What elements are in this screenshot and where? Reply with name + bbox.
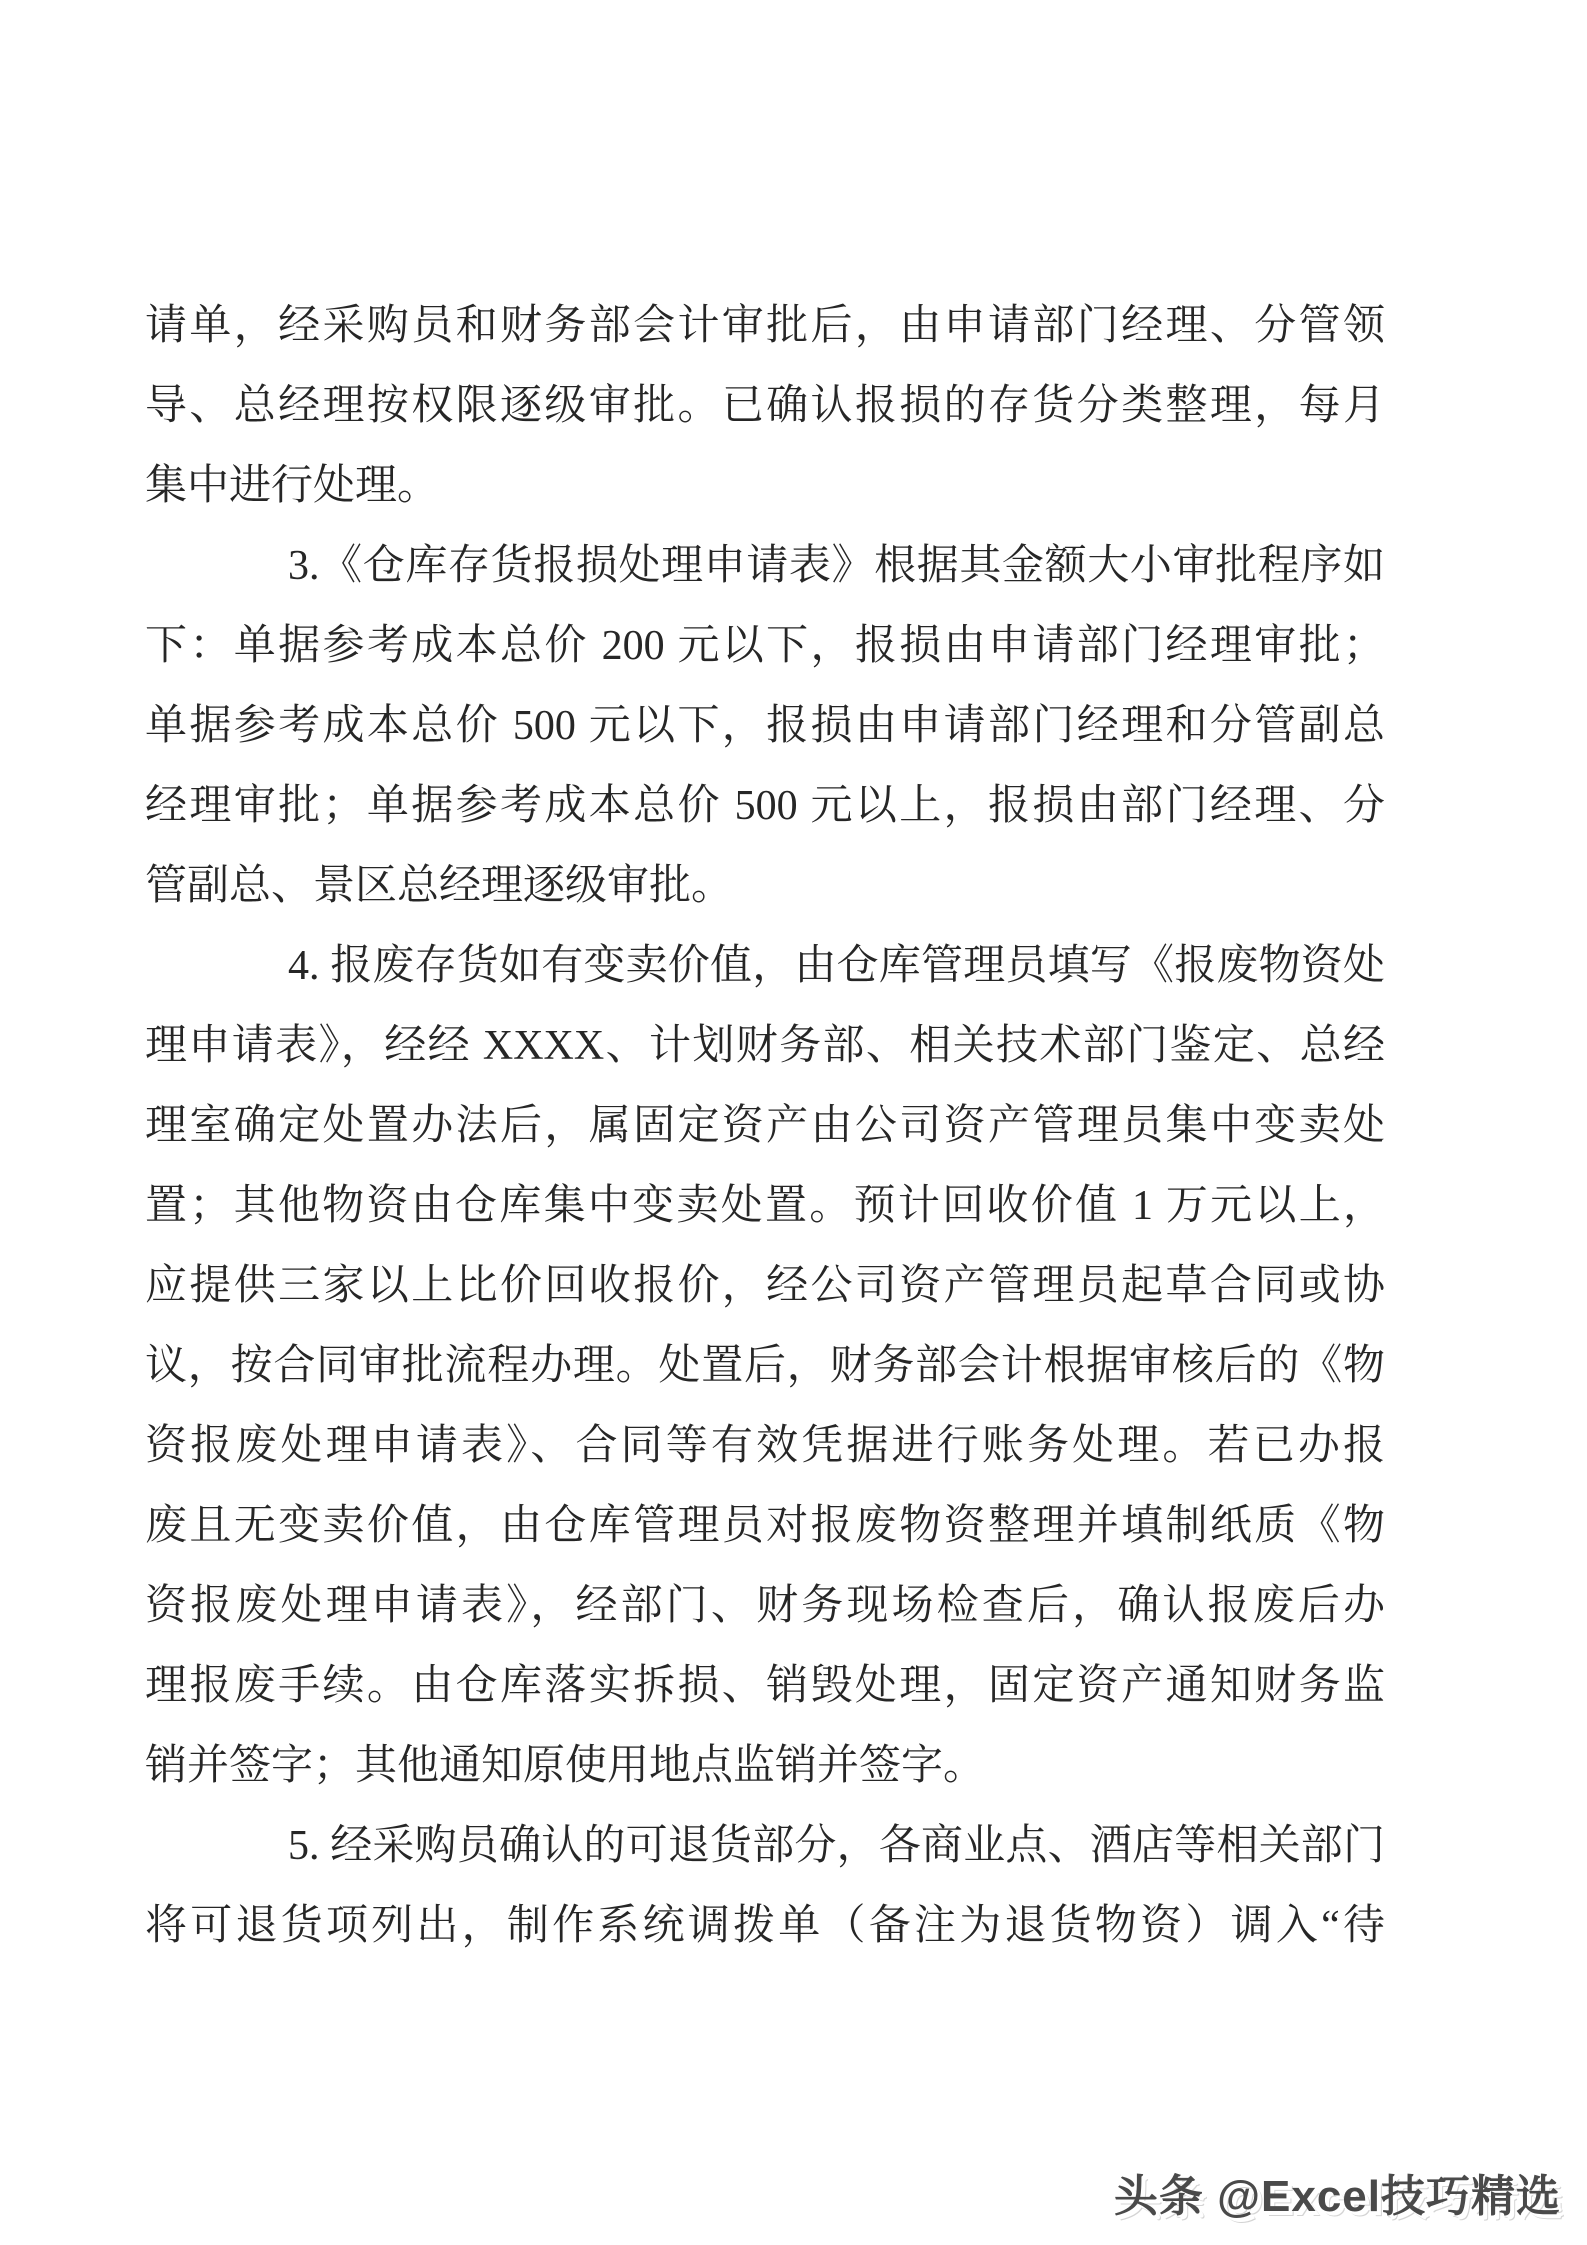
text-line: 单据参考成本总价 500 元以下，报损由申请部门经理和分管副总 bbox=[145, 686, 1385, 766]
text-line: 资报废处理申请表》、合同等有效凭据进行账务处理。若已办报 bbox=[145, 1406, 1385, 1486]
document-page: 请单，经采购员和财务部会计审批后，由申请部门经理、分管领导、总经理按权限逐级审批… bbox=[0, 0, 1587, 2245]
text-line: 4. 报废存货如有变卖价值，由仓库管理员填写《报废物资处 bbox=[145, 926, 1385, 1006]
text-line: 废且无变卖价值，由仓库管理员对报废物资整理并填制纸质《物 bbox=[145, 1486, 1385, 1566]
text-line: 置；其他物资由仓库集中变卖处置。预计回收价值 1 万元以上， bbox=[145, 1166, 1385, 1246]
text-line: 5. 经采购员确认的可退货部分，各商业点、酒店等相关部门 bbox=[145, 1806, 1385, 1886]
text-line: 应提供三家以上比价回收报价，经公司资产管理员起草合同或协 bbox=[145, 1246, 1385, 1326]
text-line: 请单，经采购员和财务部会计审批后，由申请部门经理、分管领 bbox=[145, 286, 1385, 366]
text-line: 销并签字；其他通知原使用地点监销并签字。 bbox=[145, 1726, 1385, 1806]
text-line: 资报废处理申请表》，经部门、财务现场检查后，确认报废后办 bbox=[145, 1566, 1385, 1646]
text-line: 3.《仓库存货报损处理申请表》根据其金额大小审批程序如 bbox=[145, 526, 1385, 606]
text-line: 集中进行处理。 bbox=[145, 446, 1385, 526]
text-line: 经理审批；单据参考成本总价 500 元以上，报损由部门经理、分 bbox=[145, 766, 1385, 846]
text-line: 理报废手续。由仓库落实拆损、销毁处理，固定资产通知财务监 bbox=[145, 1646, 1385, 1726]
text-line: 理申请表》，经经 XXXX、计划财务部、相关技术部门鉴定、总经 bbox=[145, 1006, 1385, 1086]
text-line: 导、总经理按权限逐级审批。已确认报损的存货分类整理，每月 bbox=[145, 366, 1385, 446]
document-body: 请单，经采购员和财务部会计审批后，由申请部门经理、分管领导、总经理按权限逐级审批… bbox=[145, 286, 1385, 1966]
text-line: 议，按合同审批流程办理。处置后，财务部会计根据审核后的《物 bbox=[145, 1326, 1385, 1406]
text-line: 管副总、景区总经理逐级审批。 bbox=[145, 846, 1385, 926]
text-line: 理室确定处置办法后，属固定资产由公司资产管理员集中变卖处 bbox=[145, 1086, 1385, 1166]
text-line: 将可退货项列出，制作系统调拨单（备注为退货物资）调入“待 bbox=[145, 1886, 1385, 1966]
watermark: 头条 @Excel技巧精选 bbox=[1114, 2160, 1561, 2224]
text-line: 下：单据参考成本总价 200 元以下，报损由申请部门经理审批； bbox=[145, 606, 1385, 686]
